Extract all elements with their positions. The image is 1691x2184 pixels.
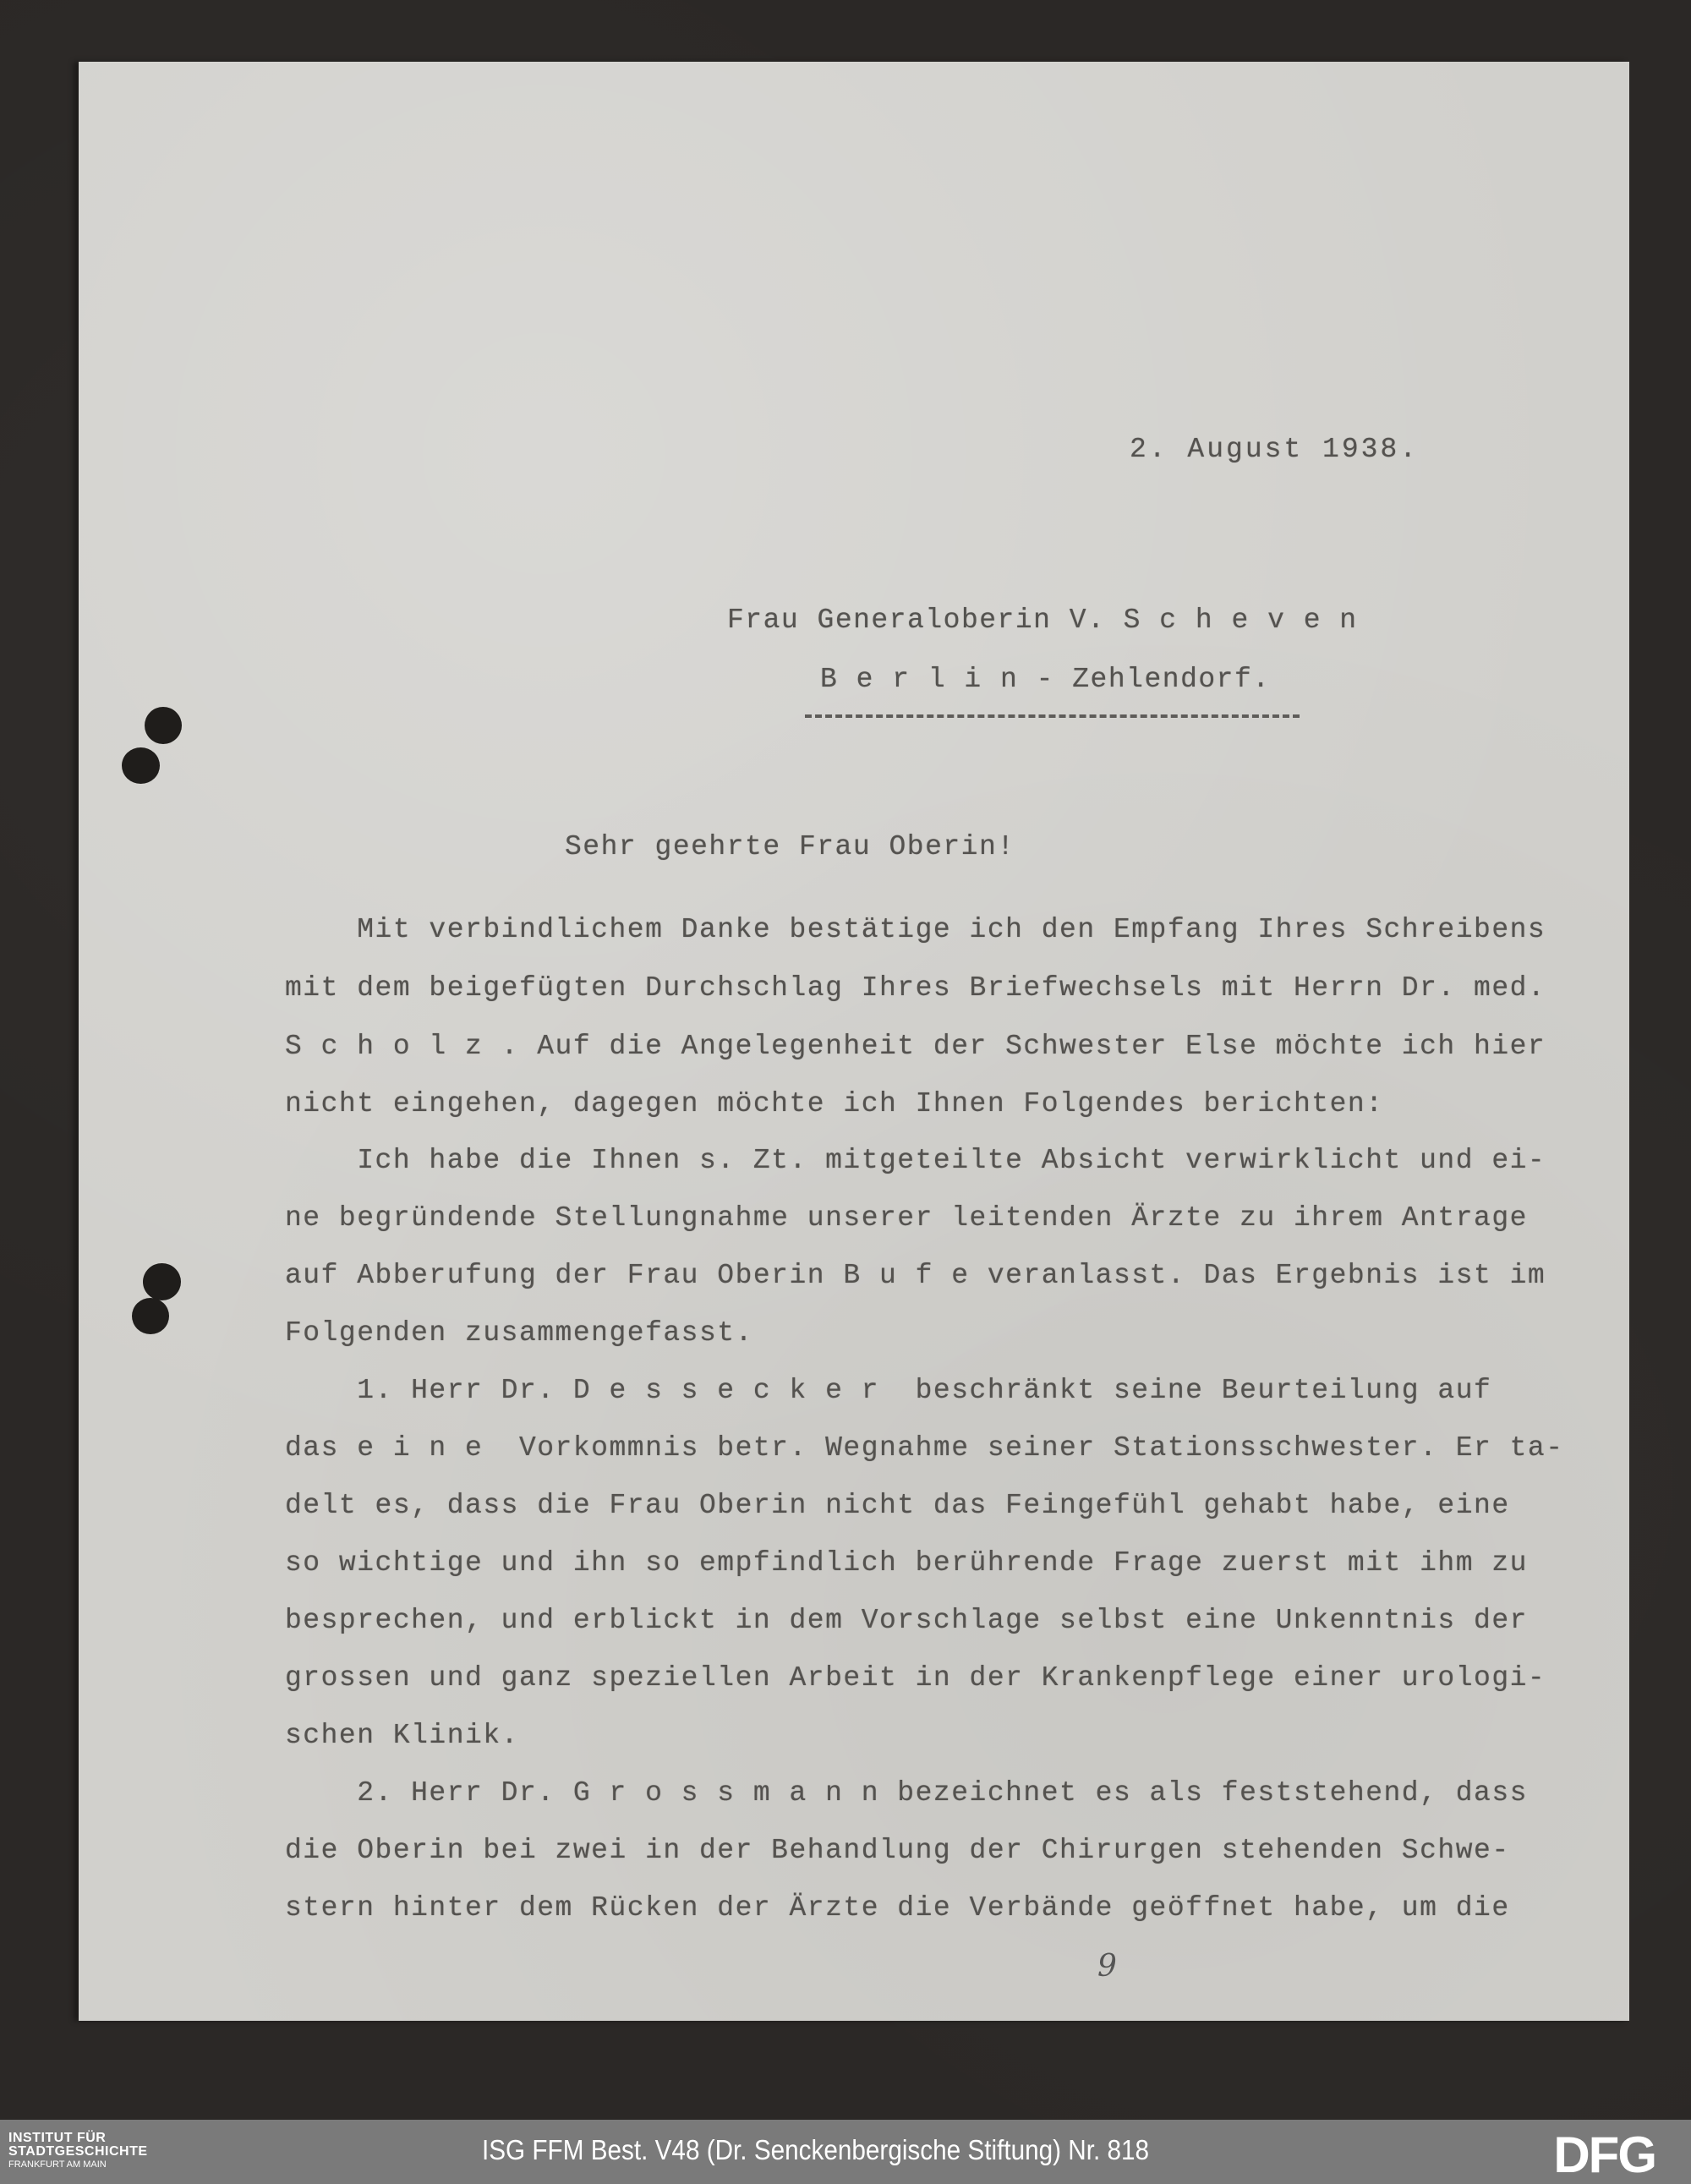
body-line: grossen und ganz speziellen Arbeit in de… <box>285 1664 1546 1692</box>
body-line: Folgenden zusammengefasst. <box>285 1319 753 1347</box>
institution-line-1: INSTITUT FÜR <box>8 2132 148 2145</box>
body-line: 2. Herr Dr. G r o s s m a n n bezeichnet… <box>285 1779 1528 1807</box>
letter-date: 2. August 1938. <box>1130 435 1419 463</box>
institution-line-2: STADTGESCHICHTE <box>8 2145 148 2159</box>
dfg-logo: DFG <box>1553 2130 1655 2181</box>
body-line: S c h o l z . Auf die Angelegenheit der … <box>285 1032 1546 1060</box>
body-line: das e i n e Vorkommnis betr. Wegnahme se… <box>285 1434 1564 1462</box>
body-line: delt es, dass die Frau Oberin nicht das … <box>285 1492 1510 1519</box>
body-line: stern hinter dem Rücken der Ärzte die Ve… <box>285 1894 1510 1922</box>
punch-hole-top-1 <box>145 707 182 744</box>
body-line: Mit verbindlichem Danke bestätige ich de… <box>285 916 1546 944</box>
body-line: besprechen, und erblickt in dem Vorschla… <box>285 1607 1528 1634</box>
body-line: auf Abberufung der Frau Oberin B u f e v… <box>285 1262 1546 1289</box>
institution-logo: INSTITUT FÜR STADTGESCHICHTE FRANKFURT A… <box>8 2132 148 2170</box>
body-line: so wichtige und ihn so empfindlich berüh… <box>285 1549 1528 1577</box>
archive-caption: ISG FFM Best. V48 (Dr. Senckenbergische … <box>482 2136 1149 2164</box>
body-line: nicht eingehen, dagegen möchte ich Ihnen… <box>285 1090 1384 1118</box>
address-underline <box>805 714 1300 718</box>
handwritten-page-number: 9 <box>1097 1949 1117 1984</box>
punch-hole-top-2 <box>122 747 160 784</box>
punch-hole-bottom-2 <box>132 1298 169 1334</box>
body-line: ne begründende Stellungnahme unserer lei… <box>285 1204 1528 1232</box>
institution-line-3: FRANKFURT AM MAIN <box>8 2160 148 2170</box>
recipient-city: B e r l i n - Zehlendorf. <box>820 665 1271 693</box>
punch-hole-bottom-1 <box>143 1263 181 1300</box>
body-line: Ich habe die Ihnen s. Zt. mitgeteilte Ab… <box>285 1147 1546 1174</box>
body-line: mit dem beigefügten Durchschlag Ihres Br… <box>285 974 1546 1002</box>
archive-footer-bar: INSTITUT FÜR STADTGESCHICHTE FRANKFURT A… <box>0 2120 1691 2184</box>
body-line: schen Klinik. <box>285 1721 519 1749</box>
salutation: Sehr geehrte Frau Oberin! <box>565 833 1015 861</box>
recipient-name: Frau Generaloberin V. S c h e v e n <box>727 606 1358 634</box>
body-line: 1. Herr Dr. D e s s e c k e r beschränkt… <box>285 1377 1491 1404</box>
body-line: die Oberin bei zwei in der Behandlung de… <box>285 1836 1510 1864</box>
